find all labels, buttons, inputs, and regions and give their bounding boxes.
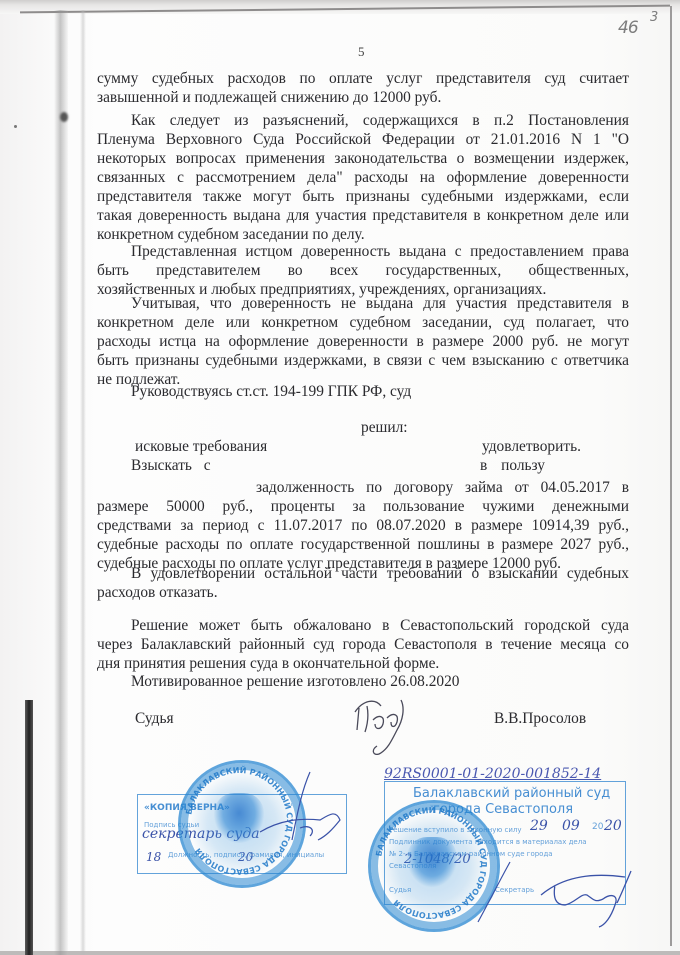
text-line: через Балаклавский районный суд города С… <box>97 635 629 654</box>
recover-from-label: Взыскать с <box>131 456 211 475</box>
judge-name: В.В.Просолов <box>494 709 586 728</box>
binding-thread <box>25 700 33 955</box>
scan-speck <box>14 125 17 128</box>
text-line: быть представителем во всех государствен… <box>97 261 629 280</box>
claims-label: исковые требования <box>135 437 267 456</box>
text-line: Представленная истцом доверенность выдан… <box>97 242 629 261</box>
secretary-signature-left <box>240 770 350 860</box>
text-line: расходы истца на оформление доверенности… <box>97 332 629 351</box>
entered-force-day: 29 <box>530 818 548 834</box>
text-line: сумму судебных расходов по оплате услуг … <box>97 69 629 88</box>
text-line: конкретном деле или конкретном судебном … <box>97 313 629 332</box>
paragraph-amounts-awarded: задолженность по договору займа от 04.05… <box>97 478 629 573</box>
page-bottom-edge <box>0 951 680 955</box>
text-line: некоторых вопросах применения законодате… <box>97 149 629 168</box>
text-line: судебные расходы по оплате государственн… <box>97 535 629 554</box>
paragraph-court-considers: Учитывая, что доверенность не выдана для… <box>97 294 629 389</box>
paragraph-power-of-attorney: Представленная истцом доверенность выдан… <box>97 242 629 299</box>
judge-title: Судья <box>135 709 174 728</box>
court-stamp-line1: Балаклавский районный суд <box>413 786 610 801</box>
claims-granted: удовлетворить. <box>482 437 581 456</box>
archive-page-superscript: 3 <box>650 10 658 25</box>
scanned-page: 46 3 5 сумму судебных расходов по оплате… <box>0 0 680 955</box>
binding-hole-mark <box>60 112 68 122</box>
reasoned-decision-date: Мотивированное решение изготовлено 26.08… <box>131 672 460 691</box>
page-number: 5 <box>358 44 365 60</box>
text-line: дня принятия решения суда в окончательно… <box>97 654 629 673</box>
entered-force-year-prefix: 20 <box>592 822 603 832</box>
paragraph-appeal: Решение может быть обжаловано в Севастоп… <box>97 616 629 673</box>
text-line: Как следует из разъяснений, содержащихся… <box>97 111 629 130</box>
text-line: расходов отказать. <box>97 583 629 602</box>
decision-heading: решил: <box>361 418 408 437</box>
text-line: Учитывая, что доверенность не выдана для… <box>97 294 629 313</box>
paragraph-expenses-reduction: сумму судебных расходов по оплате услуг … <box>97 69 629 107</box>
binding-shadow <box>54 10 68 955</box>
text-line: такая доверенность выдана для участия пр… <box>97 206 629 225</box>
judge-stamp-signature <box>470 860 520 930</box>
paragraph-guided-by: Руководствуясь ст.ст. 194-199 ГПК РФ, су… <box>131 382 411 401</box>
text-line: задолженность по договору займа от 04.05… <box>97 478 629 497</box>
text-line: Пленума Верховного Суда Российской Федер… <box>97 130 629 149</box>
secretary-signature-right <box>535 865 645 935</box>
text-line: быть признаны судебными издержками, в св… <box>97 351 629 370</box>
paragraph-remaining-denied: В удовлетворении остальной части требова… <box>97 564 629 602</box>
entered-force-year-suffix: 20 <box>604 818 622 834</box>
judge-signature <box>345 690 425 760</box>
text-line: средствами за период с 11.07.2017 по 08.… <box>97 516 629 535</box>
entered-force-month: 09 <box>562 818 580 834</box>
text-line: представителя также могут быть признаны … <box>97 187 629 206</box>
text-line: связанных с рассмотрением дела" расходы … <box>97 168 629 187</box>
binding-shadow-secondary <box>80 10 86 955</box>
paragraph-plenum-clarification: Как следует из разъяснений, содержащихся… <box>97 111 629 244</box>
text-line: В удовлетворении остальной части требова… <box>97 564 629 583</box>
copy-stamp-date-day: 18 <box>146 850 161 864</box>
text-line: завышенной и подлежащей снижению до 1200… <box>97 88 629 107</box>
in-favor-of-label: в пользу <box>480 456 545 475</box>
text-line: размере 50000 руб., проценты за пользова… <box>97 497 629 516</box>
case-number-handwritten: 92RS0001-01-2020-001852-14 <box>384 766 601 782</box>
text-line: Решение может быть обжаловано в Севастоп… <box>97 616 629 635</box>
archive-page-number: 46 <box>618 18 638 38</box>
page-right-border-line <box>670 6 672 946</box>
